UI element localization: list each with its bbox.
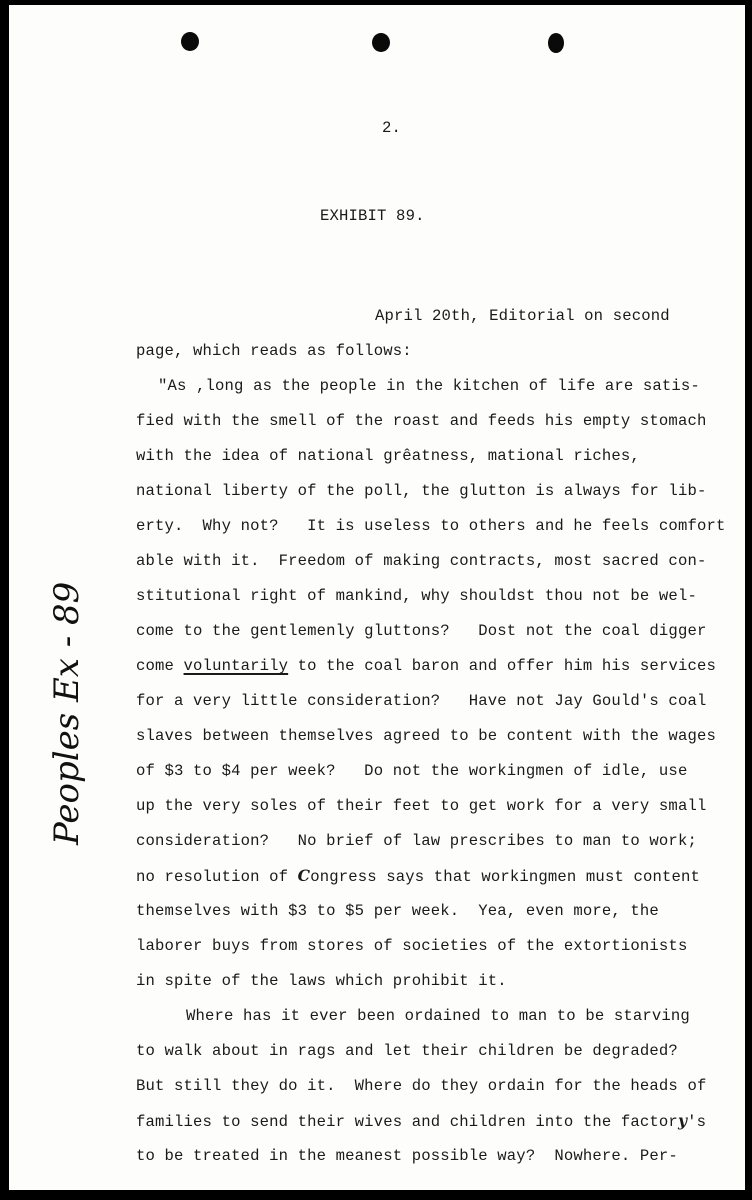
text-line: page, which reads as follows:: [136, 342, 412, 360]
text-line: for a very little consideration? Have no…: [136, 692, 706, 710]
document-page: 2. EXHIBIT 89. Peoples Ex - 89 April 20t…: [9, 5, 745, 1190]
text-line: fied with the smell of the roast and fee…: [136, 412, 706, 430]
handwritten-correction: y: [678, 1111, 687, 1130]
handwritten-correction: C: [298, 866, 311, 885]
punch-hole-right: [548, 33, 564, 53]
underlined-word: voluntarily: [184, 657, 289, 675]
text-line: up the very soles of their feet to get w…: [136, 797, 706, 815]
text-line: no resolution of Congress says that work…: [136, 867, 700, 886]
text-line: Where has it ever been ordained to man t…: [186, 1007, 690, 1025]
page-number: 2.: [382, 119, 401, 137]
punch-hole-center: [372, 33, 390, 52]
text-line: themselves with $3 to $5 per week. Yea, …: [136, 902, 659, 920]
text-line: able with it. Freedom of making contract…: [136, 552, 706, 570]
text-line: "As ,long as the people in the kitchen o…: [158, 377, 700, 395]
exhibit-title: EXHIBIT 89.: [320, 207, 425, 225]
text-line: of $3 to $4 per week? Do not the working…: [136, 762, 687, 780]
text-line: to be treated in the meanest possible wa…: [136, 1147, 678, 1165]
text-line: erty. Why not? It is useless to others a…: [136, 517, 725, 535]
text-line: to walk about in rags and let their chil…: [136, 1042, 678, 1060]
text-line: laborer buys from stores of societies of…: [136, 937, 687, 955]
text-line: national liberty of the poll, the glutto…: [136, 482, 706, 500]
text-line: come to the gentlemenly gluttons? Dost n…: [136, 622, 706, 640]
text-line: in spite of the laws which prohibit it.: [136, 972, 507, 990]
text-line: But still they do it. Where do they orda…: [136, 1077, 706, 1095]
text-line: stitutional right of mankind, why should…: [136, 587, 697, 605]
text-line: with the idea of national grêatness, mat…: [136, 447, 640, 465]
text-line: families to send their wives and childre…: [136, 1112, 706, 1131]
text-line: April 20th, Editorial on second: [375, 307, 670, 325]
text-line: consideration? No brief of law prescribe…: [136, 832, 697, 850]
text-line: come voluntarily to the coal baron and o…: [136, 657, 716, 675]
text-line: slaves between themselves agreed to be c…: [136, 727, 716, 745]
punch-hole-left: [181, 32, 199, 51]
